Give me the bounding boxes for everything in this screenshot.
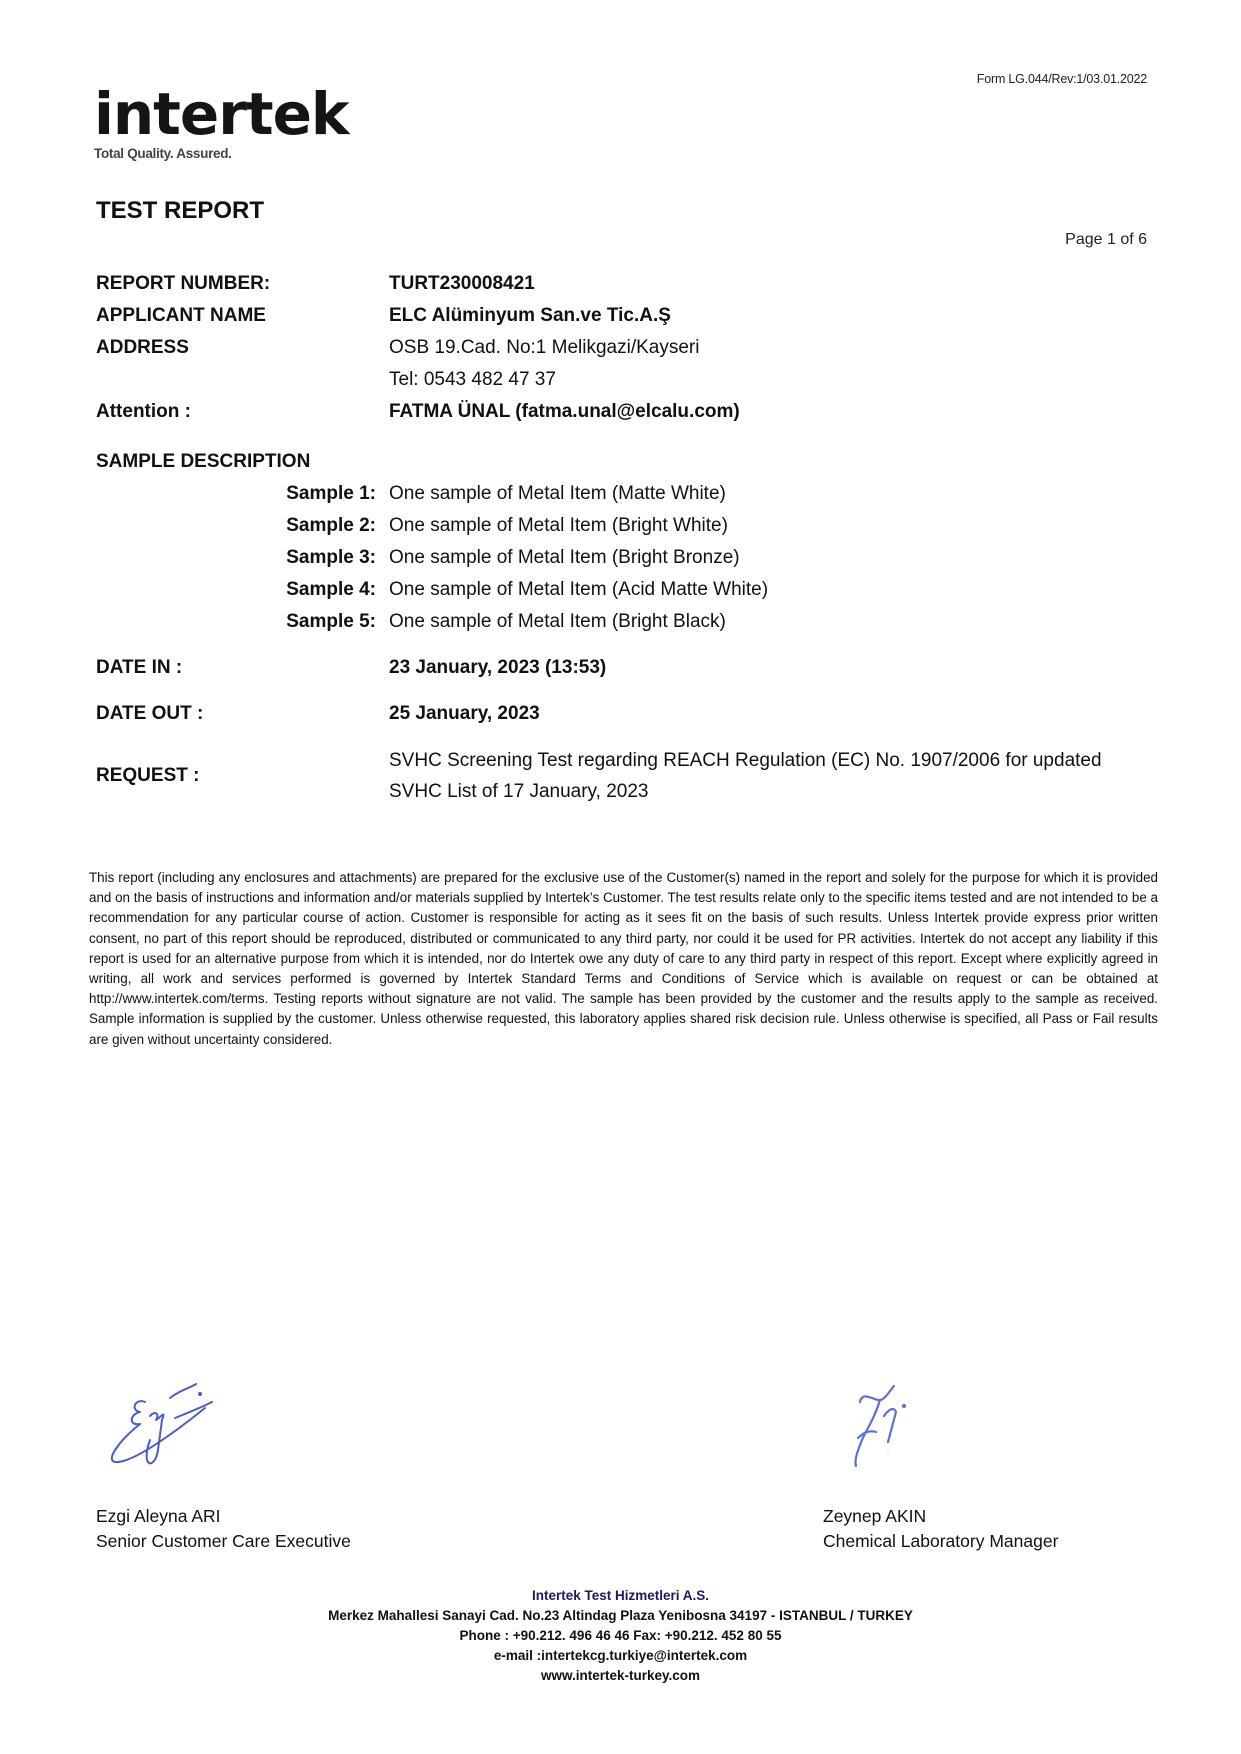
signatory-name: Zeynep AKIN <box>823 1504 1058 1529</box>
footer-phone-fax: Phone : +90.212. 496 46 46 Fax: +90.212.… <box>0 1626 1241 1646</box>
page-indicator: Page 1 of 6 <box>1065 231 1147 249</box>
date-out-value: 25 January, 2023 <box>389 703 540 725</box>
footer-company: Intertek Test Hizmetleri A.S. <box>0 1586 1241 1606</box>
footer-address: Merkez Mahallesi Sanayi Cad. No.23 Altin… <box>0 1606 1241 1626</box>
sample-label: Sample 1: <box>286 483 376 505</box>
applicant-name-value: ELC Alüminyum San.ve Tic.A.Ş <box>389 305 671 327</box>
footer-email: e-mail :intertekcg.turkiye@intertek.com <box>0 1646 1241 1666</box>
logo-wordmark: intertek <box>94 86 348 142</box>
request-line-1: SVHC Screening Test regarding REACH Regu… <box>389 750 1102 772</box>
report-title: TEST REPORT <box>96 197 264 225</box>
signatory-name: Ezgi Aleyna ARI <box>96 1504 351 1529</box>
address-label: ADDRESS <box>96 337 189 359</box>
sample-description-heading: SAMPLE DESCRIPTION <box>96 451 310 473</box>
signature-ezgi-icon <box>100 1380 230 1480</box>
sample-value: One sample of Metal Item (Bright Black) <box>389 611 726 633</box>
sample-label: Sample 3: <box>286 547 376 569</box>
signatory-title: Chemical Laboratory Manager <box>823 1529 1058 1554</box>
attention-value: FATMA ÜNAL (fatma.unal@elcalu.com) <box>389 401 740 423</box>
footer-website: www.intertek-turkey.com <box>0 1666 1241 1686</box>
signatory-left: Ezgi Aleyna ARI Senior Customer Care Exe… <box>96 1504 351 1554</box>
request-line-2: SVHC List of 17 January, 2023 <box>389 781 648 803</box>
attention-label: Attention : <box>96 401 191 423</box>
disclaimer-text: This report (including any enclosures an… <box>89 868 1158 1050</box>
sample-value: One sample of Metal Item (Bright White) <box>389 515 728 537</box>
request-label: REQUEST : <box>96 765 199 787</box>
report-number-label: REPORT NUMBER: <box>96 273 270 295</box>
signature-zeynep-icon <box>840 1380 930 1475</box>
sample-value: One sample of Metal Item (Bright Bronze) <box>389 547 740 569</box>
report-number-value: TURT230008421 <box>389 273 535 295</box>
sample-label: Sample 2: <box>286 515 376 537</box>
date-in-value: 23 January, 2023 (13:53) <box>389 657 606 679</box>
logo-tagline: Total Quality. Assured. <box>94 146 348 161</box>
address-line-1: OSB 19.Cad. No:1 Melikgazi/Kayseri <box>389 337 699 359</box>
sample-value: One sample of Metal Item (Acid Matte Whi… <box>389 579 768 601</box>
signatory-right: Zeynep AKIN Chemical Laboratory Manager <box>823 1504 1058 1554</box>
form-reference: Form LG.044/Rev:1/03.01.2022 <box>977 72 1147 86</box>
sample-value: One sample of Metal Item (Matte White) <box>389 483 726 505</box>
date-in-label: DATE IN : <box>96 657 182 679</box>
sample-label: Sample 5: <box>286 611 376 633</box>
date-out-label: DATE OUT : <box>96 703 203 725</box>
signatory-title: Senior Customer Care Executive <box>96 1529 351 1554</box>
page-footer: Intertek Test Hizmetleri A.S. Merkez Mah… <box>0 1586 1241 1686</box>
address-line-2: Tel: 0543 482 47 37 <box>389 369 556 391</box>
intertek-logo: intertek Total Quality. Assured. <box>94 86 348 161</box>
sample-label: Sample 4: <box>286 579 376 601</box>
applicant-name-label: APPLICANT NAME <box>96 305 266 327</box>
